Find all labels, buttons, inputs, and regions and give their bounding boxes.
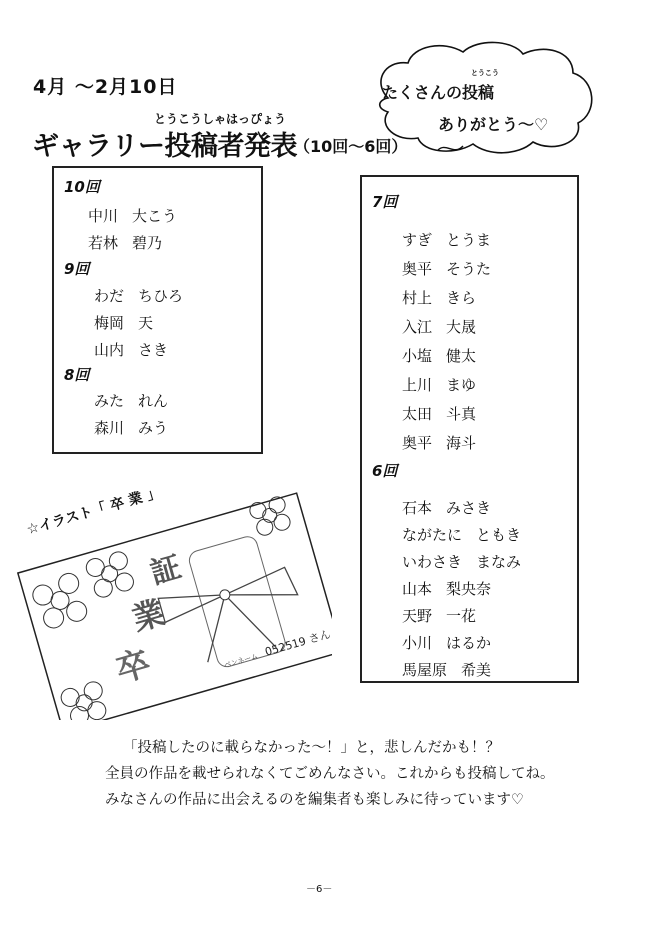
contributor-name: いわさきまなみ bbox=[402, 551, 521, 572]
contributor-name: 梅岡天 bbox=[94, 312, 153, 333]
contributor-name: わだちひろ bbox=[94, 285, 183, 306]
contributor-name: 小塩健太 bbox=[402, 345, 476, 366]
round-label: 6回 bbox=[372, 460, 397, 481]
page-number: －6－ bbox=[306, 880, 332, 895]
round-label: 10回 bbox=[64, 176, 100, 197]
contributor-name: 村上きら bbox=[402, 287, 476, 308]
message-line: 全員の作品を載せられなくてごめんなさい。これからも投稿してね。 bbox=[105, 761, 555, 787]
contributor-name: 森川みう bbox=[94, 417, 168, 438]
contributor-name: みたれん bbox=[94, 390, 168, 411]
illustration-card: 証 業 卒 ペンネーム 052519 さん ☆イラスト「 卒 業 」 bbox=[12, 470, 332, 720]
contributor-name: 小川はるか bbox=[402, 632, 491, 653]
round-label: 8回 bbox=[64, 364, 89, 385]
message-line: みなさんの作品に出会えるのを編集者も楽しみに待っています♡ bbox=[105, 787, 555, 813]
round-label: 9回 bbox=[64, 258, 89, 279]
contributor-name: 天野一花 bbox=[402, 605, 476, 626]
contributor-name: 奥平そうた bbox=[402, 258, 491, 279]
contributor-name: ながたにともき bbox=[402, 524, 521, 545]
contributor-name: 上川まゆ bbox=[402, 374, 476, 395]
cloud-ruby: とうこう bbox=[471, 68, 499, 78]
contributor-name: 中川大こう bbox=[88, 205, 177, 226]
contributor-name: すぎとうま bbox=[402, 229, 491, 250]
round-label: 7回 bbox=[372, 191, 397, 212]
contributor-name: 奥平海斗 bbox=[402, 432, 476, 453]
contributors-box-left: 10回 中川大こう 若林碧乃 9回 わだちひろ 梅岡天 山内さき 8回 みたれん… bbox=[52, 166, 263, 454]
contributor-name: 石本みさき bbox=[402, 497, 491, 518]
contributor-name: 太田斗真 bbox=[402, 403, 476, 424]
cloud-text-line2: ありがとう～♡ bbox=[438, 112, 548, 135]
contributor-name: 若林碧乃 bbox=[88, 232, 162, 253]
thank-you-cloud: とうこう たくさんの投稿 ありがとう～♡ bbox=[368, 38, 598, 158]
date-range: 4月 ～2月10日 bbox=[33, 72, 178, 99]
contributor-name: 入江大晟 bbox=[402, 316, 476, 337]
editor-message: 「投稿したのに載らなかった～！」と，悲しんだかも！？ 全員の作品を載せられなくて… bbox=[123, 735, 555, 813]
contributor-name: 山内さき bbox=[94, 339, 168, 360]
contributors-box-right: 7回 すぎとうま 奥平そうた 村上きら 入江大晟 小塩健太 上川まゆ 太田斗真 … bbox=[360, 175, 579, 683]
message-line: 「投稿したのに載らなかった～！」と，悲しんだかも！？ bbox=[123, 735, 555, 761]
contributor-name: 山本梨央奈 bbox=[402, 578, 491, 599]
graduation-certificate-illustration: 証 業 卒 ペンネーム 052519 さん bbox=[12, 470, 332, 720]
page-title: ギャラリー投稿者発表 bbox=[32, 124, 297, 163]
cloud-text-line1: たくさんの投稿 bbox=[382, 80, 494, 103]
contributor-name: 馬屋原希美 bbox=[402, 659, 491, 680]
